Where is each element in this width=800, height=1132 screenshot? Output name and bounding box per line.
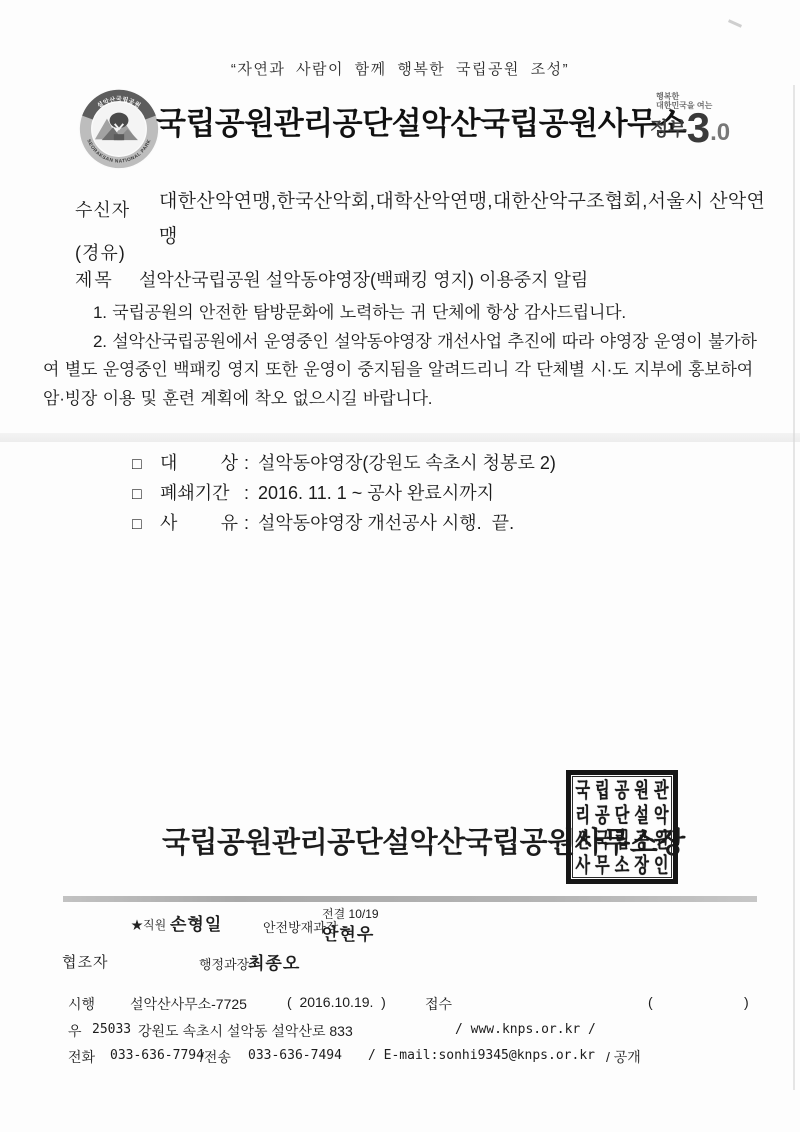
via-label: (경유) [75,239,126,265]
section-divider [63,896,757,902]
detail-colon: : [244,448,249,478]
website: / www.knps.or.kr / [455,1022,596,1037]
gov30-wordmark: 정부 3 .0 [650,111,774,145]
park-emblem-icon: 설악산국립공원 SEORAKSAN NATIONAL PARK [76,86,162,172]
park-emblem-svg: 설악산국립공원 SEORAKSAN NATIONAL PARK [76,86,162,172]
zip-label: 우 [68,1021,82,1041]
tel-number: 033-636-7794 [110,1048,204,1063]
gov30-tagline-1: 행복한 [656,92,774,101]
slogan: “자연과 사람이 함께 행복한 국립공원 조성” [0,58,800,79]
details-list: □대 상:설악동야영장(강원도 속초시 청봉로 2) □폐쇄기간:2016. 1… [132,448,556,538]
checkbox-icon: □ [132,480,150,510]
seal-char: 인 [651,848,671,882]
address: 강원도 속초시 설악동 설악산로 833 [138,1021,353,1041]
detail-value: 2016. 11. 1 ~ 공사 완료시까지 [258,483,494,503]
exec-label: 시행 [68,994,95,1014]
subject-label: 제목 [75,266,114,292]
document-number: 설악산사무소-7725 [130,994,247,1014]
disclosure-label: / 공개 [606,1047,641,1067]
seal-char: 장 [632,848,652,882]
detail-label: 폐쇄기간 [160,478,238,508]
cooperator-rank: 행정과장 [199,954,249,973]
document-page: “자연과 사람이 함께 행복한 국립공원 조성” 설악산국립공원 SEORAKS… [0,0,800,1132]
gov30-version-major: 3 [687,111,710,145]
body-text: 1. 국립공원의 안전한 탐방문화에 노력하는 귀 단체에 항상 감사드립니다.… [43,299,769,413]
scan-artifact-band [0,433,800,442]
gov30-name: 정부 [650,114,687,145]
subject-value: 설악산국립공원 설악동야영장(백패킹 영지) 이용중지 알림 [139,266,588,292]
blank-paren-close: ) [744,994,749,1010]
scan-artifact-mark [728,19,742,27]
detail-row: □폐쇄기간:2016. 11. 1 ~ 공사 완료시까지 [132,478,556,508]
cooperator-name: 최종오 [248,949,300,974]
scan-artifact-edge [793,85,795,1090]
official-seal: 국립공원관리공단설악산국립공원사무소장인 [566,770,678,884]
fax-label: /전송 [200,1047,231,1067]
exec-date: ( 2016.10.19. ) [287,994,386,1010]
detail-colon: : [244,508,249,538]
seal-char: 무 [593,848,613,882]
gov30-version-minor: .0 [710,121,730,145]
checkbox-icon: □ [132,450,150,480]
detail-value: 설악동야영장 개선공사 시행. 끝. [258,513,514,533]
detail-label: 사 유 [160,508,238,538]
org-title: 국립공원관리공단설악산국립공원사무소 [156,100,686,148]
detail-value: 설악동야영장(강원도 속초시 청봉로 2) [258,453,556,473]
recipient-value: 대한산악연맹,한국산악회,대학산악연맹,대한산악구조협회,서울시 산악연맹 [159,184,767,254]
drafter-rank: ★직원 [131,916,166,933]
drafter-name: 손형일 [170,910,222,935]
blank-paren-open: ( [648,994,653,1010]
body-paragraph-1: 1. 국립공원의 안전한 탐방문화에 노력하는 귀 단체에 항상 감사드립니다. [43,299,769,328]
zip-code: 25033 [92,1022,131,1037]
email: / E-mail:sonhi9345@knps.or.kr [368,1048,595,1063]
tel-label: 전화 [68,1047,95,1067]
body-paragraph-2: 2. 설악산국립공원에서 운영중인 설악동야영장 개선사업 추진에 따라 야영장… [43,328,769,414]
detail-row: □사 유:설악동야영장 개선공사 시행. 끝. [132,508,556,538]
checkbox-icon: □ [132,510,150,540]
seal-char: 사 [573,848,593,882]
recipient-label: 수신자 [75,196,130,222]
seal-char: 소 [612,848,632,882]
approver-name: 안현우 [322,920,374,945]
receipt-label: 접수 [425,994,452,1014]
detail-row: □대 상:설악동야영장(강원도 속초시 청봉로 2) [132,448,556,478]
gov30-logo: 행복한 대한민국을 여는 정부 3 .0 [650,92,774,145]
gov30-tagline-2: 대한민국을 여는 [656,101,774,110]
cooperator-label: 협조자 [62,951,108,972]
detail-label: 대 상 [160,448,238,478]
fax-number: 033-636-7494 [248,1048,342,1063]
detail-colon: : [244,478,249,508]
